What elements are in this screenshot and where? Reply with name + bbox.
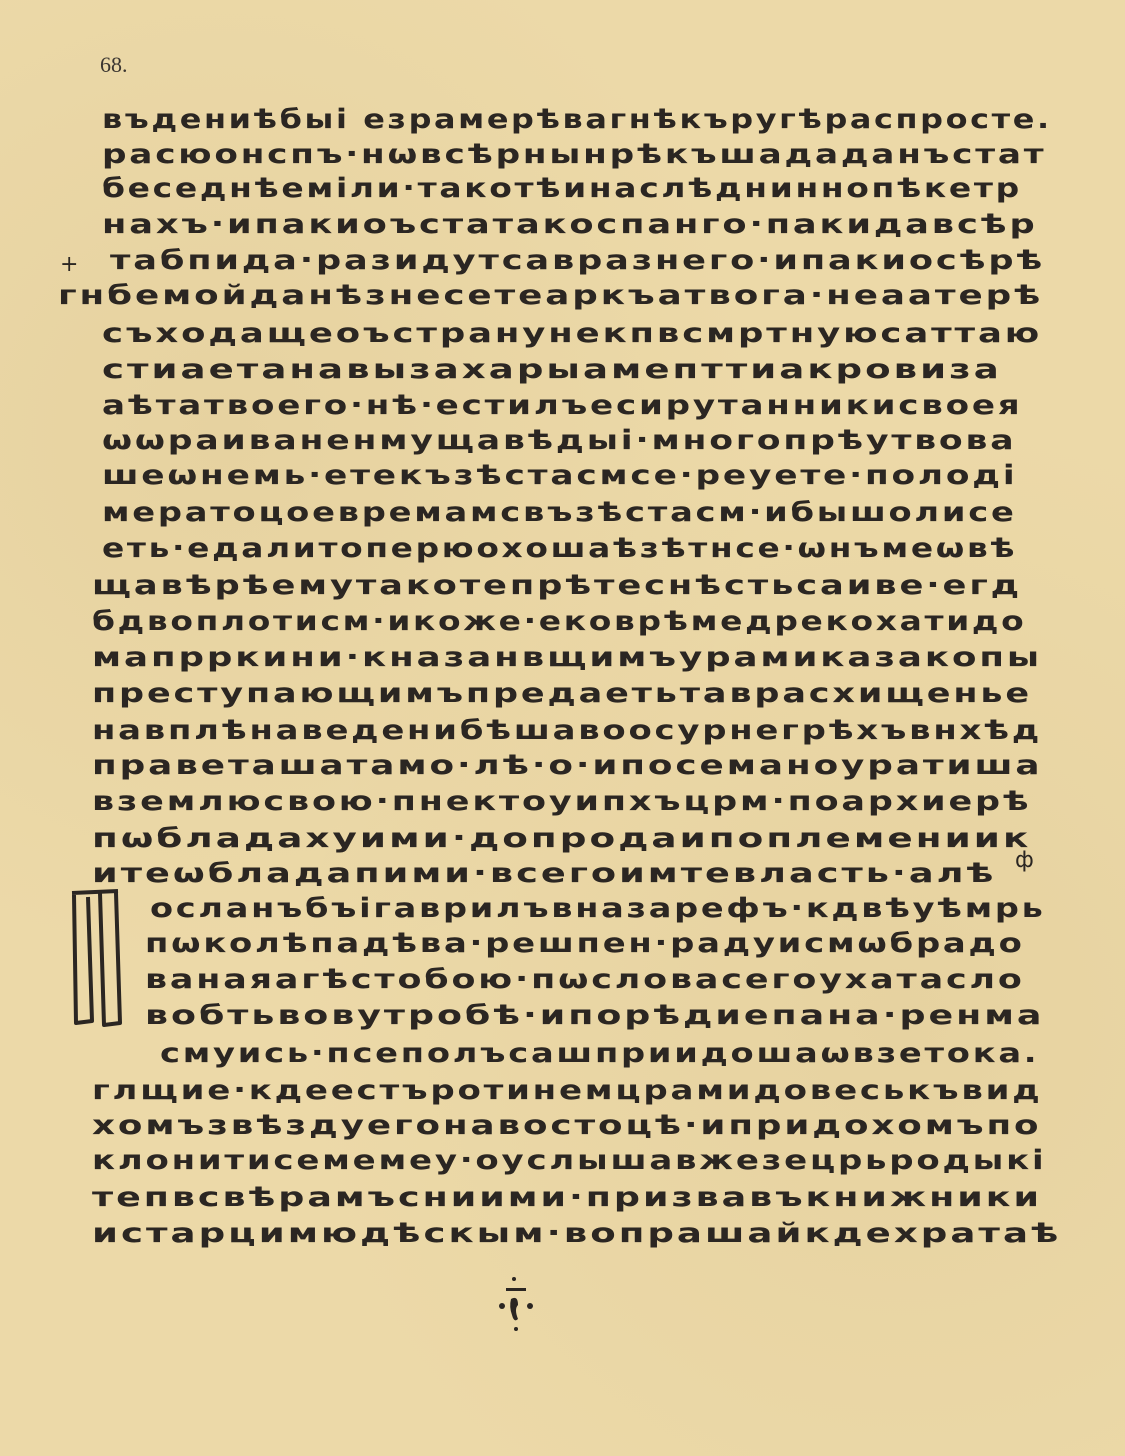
manuscript-line: стиаетанавызахарыамепттиакровиза — [102, 354, 1002, 385]
manuscript-line: ванаяагѣстобою·пѡсловасегоухатасло — [145, 964, 1025, 995]
manuscript-line: табпида·разидутсавразнего·ипакиосѣрѣ — [110, 245, 1045, 276]
manuscript-line: ѡѡраиваненмущавѣдыі·многопрѣутвова — [102, 425, 1016, 456]
manuscript-line: мератоцоевремамсвъзѣстасм·ибышолисе — [102, 497, 1017, 528]
manuscript-line: итеѡбладапими·всегоимтевласть·алѣ — [92, 858, 996, 889]
manuscript-line: аѣтатвоего·нѣ·естилъесирутанникисвоея — [102, 390, 1022, 421]
manuscript-line: щавѣрѣемутакотепрѣтеснѣстьсаиве·егд — [92, 570, 1022, 601]
manuscript-line: вобтьвовутробѣ·ипорѣдиепана·ренма — [145, 1000, 1044, 1031]
manuscript-line: вземлюсвою·пнектоуипхъцрм·поархиерѣ — [92, 786, 1031, 817]
manuscript-line: хомъзвѣздуегонавостоцѣ·ипридохомъпо — [92, 1110, 1041, 1141]
manuscript-line: гнбемойданѣзнесетеаркъатвога·неаатерѣ — [58, 280, 1043, 311]
manuscript-line: смуись·псеполъсашприидошаѡвзетока. — [160, 1038, 1039, 1069]
margin-mark: + — [60, 252, 78, 277]
manuscript-line: съходащеоъстранунекпвсмртнуюсаттаю — [102, 318, 1042, 349]
ornament-icon — [496, 1275, 536, 1335]
manuscript-line: преступающимъпредаетьтаврасхищенье — [92, 678, 1032, 709]
manuscript-line: пѡбладахуими·допродаипоплемениик — [92, 823, 1031, 854]
manuscript-line: расюонспъ·нѡвсѣрнынрѣкъшададанъстат — [102, 139, 1046, 170]
initial-letter-pe — [68, 883, 124, 1033]
manuscript-line: истарцимюдѣскым·вопрашайкдехратаѣ — [92, 1218, 1061, 1249]
manuscript-line: праветашатамо·лѣ·о·ипосеманоуратиша — [92, 750, 1042, 781]
manuscript-line: навплѣнаведенибѣшавоосурнегрѣхъвнхѣд — [92, 715, 1042, 746]
manuscript-line: клонитисемемеу·оуслышавжезецрьродыкі — [92, 1145, 1046, 1176]
manuscript-line: нахъ·ипакиоъстатакоспанго·пакидавсѣр — [102, 209, 1038, 240]
manuscript-line: тепвсвѣрамъсниими·призвавъкнижники — [92, 1182, 1042, 1213]
manuscript-line: осланъбъігаврилъвназарефъ·кдвѣуѣмрь — [150, 893, 1046, 924]
manuscript-line: бдвоплотисм·икоже·ековрѣмедрекохатидо — [92, 606, 1026, 637]
manuscript-line: глщие·кдеестъротинемцрамидовеськъвид — [92, 1075, 1043, 1106]
manuscript-line: мапрркини·кназанвщимъурамиказакопы — [92, 642, 1042, 673]
manuscript-line: еть·едалитоперюохошаѣзѣтнсе·ѡнъмеѡвѣ — [102, 533, 1017, 564]
manuscript-text-block: въдениѣбыі езрамерѣвагнѣкъругѣраспросте.… — [0, 0, 1125, 1456]
manuscript-line: шеѡнемь·етекъзѣстасмсе·реуете·полоді — [102, 460, 1017, 491]
manuscript-line: беседнѣеміли·такотѣинаслѣдниннопѣкетр — [102, 173, 1022, 204]
manuscript-line: въдениѣбыі езрамерѣвагнѣкъругѣраспросте. — [102, 104, 1052, 135]
margin-mark: ф — [1015, 848, 1034, 873]
manuscript-line: пѡколѣпадѣва·решпен·радуисмѡбрадо — [145, 928, 1025, 959]
